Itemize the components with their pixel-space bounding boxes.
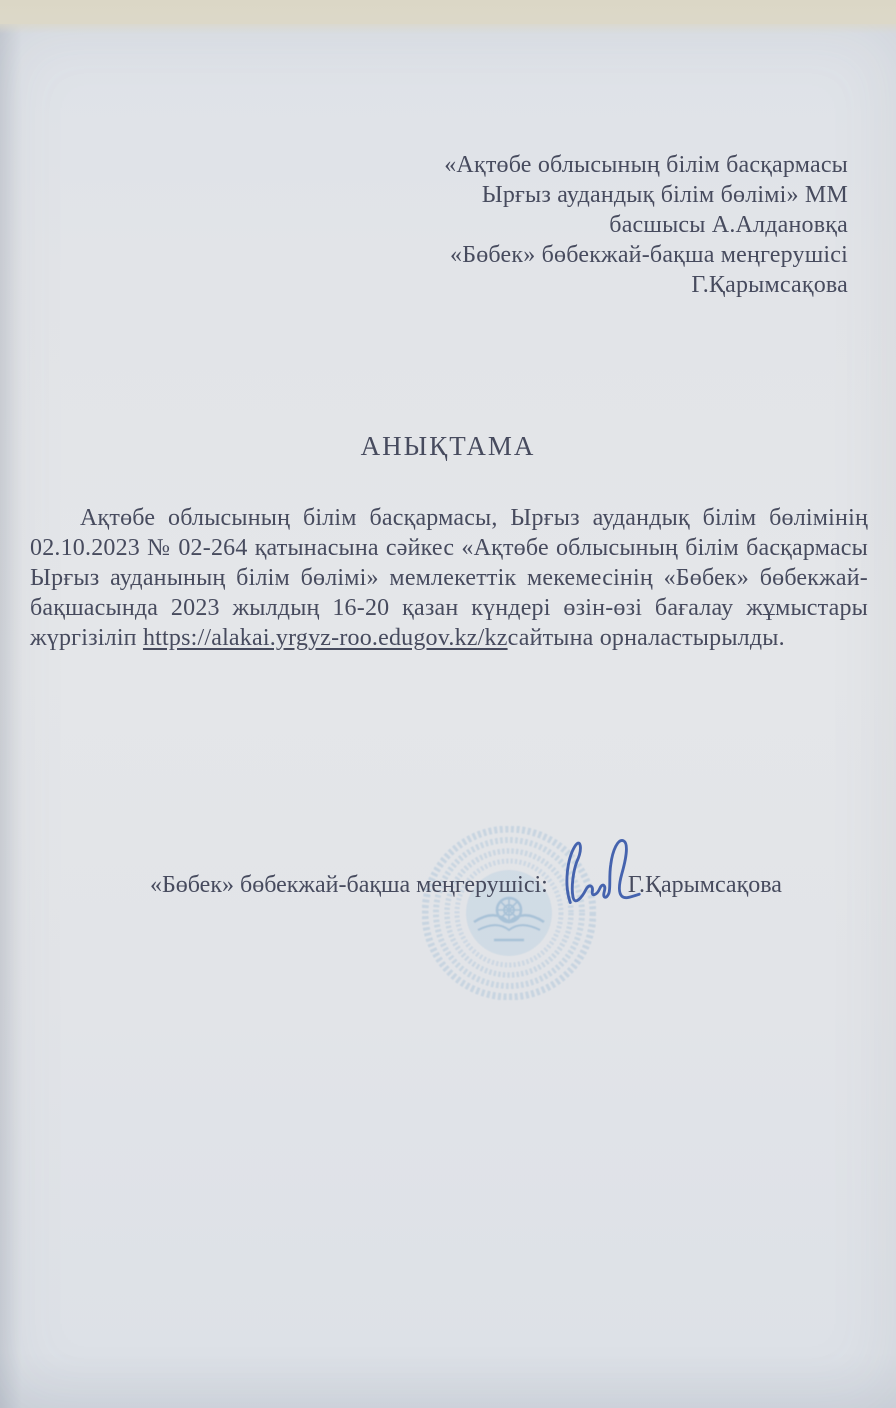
body-paragraph: Ақтөбе облысының білім басқармасы, Ырғыз…: [30, 503, 868, 653]
body-line: Ақтөбе облысының білім басқармасы, Ырғыз…: [30, 503, 868, 533]
signature-label: «Бөбек» бөбекжай-бақша меңгерушісі:: [150, 870, 548, 900]
body-line: Ырғыз ауданының білім бөлімі» мемлекетті…: [30, 563, 868, 593]
body-line: жүргізіліп https://alakai.yrgyz-roo.edug…: [30, 623, 868, 653]
addressee-line: «Ақтөбе облысының білім басқармасы: [444, 150, 848, 180]
website-link-text: https://alakai.yrgyz-roo.edugov.kz/kz: [143, 625, 508, 651]
addressee-block: «Ақтөбе облысының білім басқармасы Ырғыз…: [444, 150, 848, 300]
signature-row: «Бөбек» бөбекжай-бақша меңгерушісі: Г.Қа…: [150, 870, 850, 900]
body-text: жүргізіліп: [30, 625, 143, 651]
body-text: сайтына орналастырылды.: [508, 625, 785, 651]
addressee-line: басшысы А.Алдановқа: [444, 210, 848, 240]
body-line: 02.10.2023 № 02-264 қатынасына сәйкес «А…: [30, 533, 868, 563]
document-title: АНЫҚТАМА: [0, 431, 896, 462]
addressee-line: Ырғыз аудандық білім бөлімі» ММ: [444, 180, 848, 210]
addressee-line: Г.Қарымсақова: [444, 270, 848, 300]
signatory-name: Г.Қарымсақова: [628, 870, 782, 900]
scanned-document-photo: «Ақтөбе облысының білім басқармасы Ырғыз…: [0, 0, 896, 1408]
body-line: бақшасында 2023 жылдың 16-20 қазан күнде…: [30, 593, 868, 623]
document-content: «Ақтөбе облысының білім басқармасы Ырғыз…: [0, 0, 896, 1408]
addressee-line: «Бөбек» бөбекжай-бақша меңгерушісі: [444, 240, 848, 270]
